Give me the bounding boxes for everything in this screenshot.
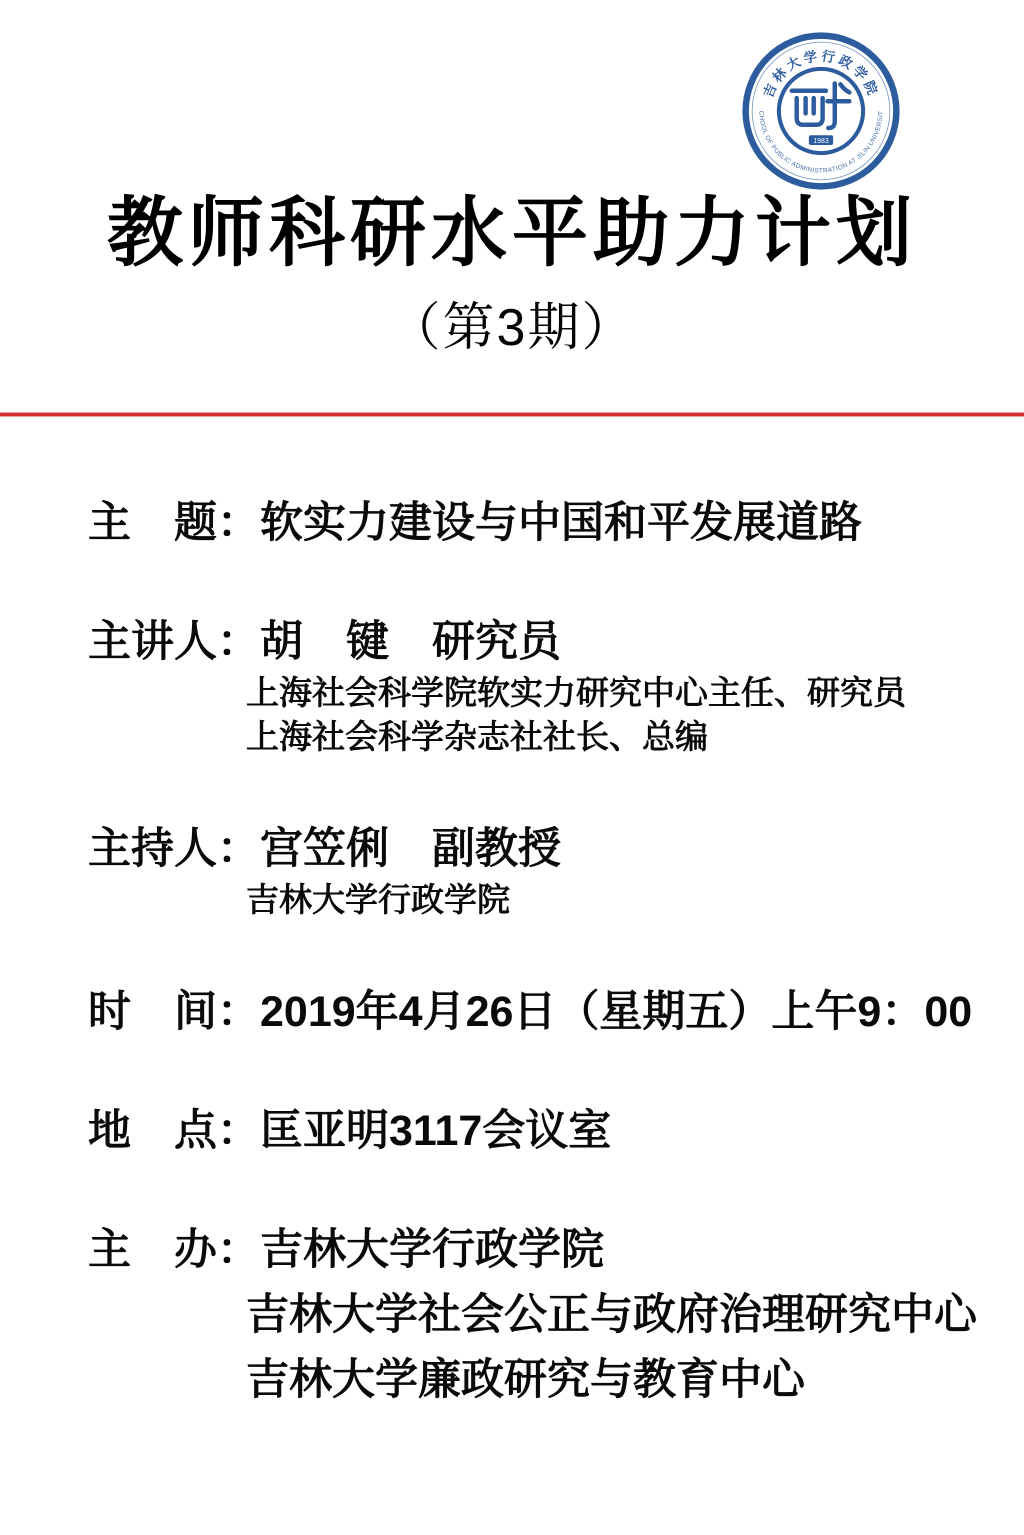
seal-year-text: 1983 bbox=[813, 138, 828, 145]
detail-row: 地 点：匡亚明3117会议室 bbox=[88, 1103, 984, 1160]
detail-label: 主 办： bbox=[88, 1222, 260, 1279]
detail-group: 主 题：软实力建设与中国和平发展道路 bbox=[88, 495, 984, 552]
details-list: 主 题：软实力建设与中国和平发展道路主讲人：胡 键 研究员上海社会科学院软实力研… bbox=[0, 495, 1024, 1409]
detail-group: 主持人：宫笠俐 副教授吉林大学行政学院 bbox=[88, 821, 984, 922]
detail-subline: 吉林大学廉政研究与教育中心 bbox=[88, 1352, 984, 1409]
school-logo: 吉林大学行政学院 SCHOOL OF PUBLIC ADMINISTRATION… bbox=[740, 30, 902, 192]
detail-group: 时 间：2019年4月26日（星期五）上午9：00 bbox=[88, 984, 984, 1041]
detail-value: 胡 键 研究员 bbox=[260, 618, 561, 666]
detail-label: 主讲人： bbox=[88, 614, 260, 671]
detail-group: 地 点：匡亚明3117会议室 bbox=[88, 1103, 984, 1160]
detail-value: 匡亚明3117会议室 bbox=[260, 1107, 611, 1155]
detail-row: 主持人：宫笠俐 副教授 bbox=[88, 821, 984, 878]
detail-subline: 吉林大学行政学院 bbox=[88, 878, 984, 922]
red-divider bbox=[0, 412, 1024, 417]
detail-subline: 上海社会科学院软实力研究中心主任、研究员 bbox=[88, 671, 984, 715]
detail-row: 主 题：软实力建设与中国和平发展道路 bbox=[88, 495, 984, 552]
detail-value: 宫笠俐 副教授 bbox=[260, 825, 561, 873]
detail-label: 主持人： bbox=[88, 821, 260, 878]
detail-group: 主讲人：胡 键 研究员上海社会科学院软实力研究中心主任、研究员上海社会科学杂志社… bbox=[88, 614, 984, 759]
school-seal-icon: 吉林大学行政学院 SCHOOL OF PUBLIC ADMINISTRATION… bbox=[740, 30, 902, 192]
detail-label: 主 题： bbox=[88, 495, 260, 552]
detail-group: 主 办：吉林大学行政学院吉林大学社会公正与政府治理研究中心吉林大学廉政研究与教育… bbox=[88, 1222, 984, 1409]
detail-row: 主讲人：胡 键 研究员 bbox=[88, 614, 984, 671]
detail-value: 软实力建设与中国和平发展道路 bbox=[260, 499, 862, 547]
detail-label: 地 点： bbox=[88, 1103, 260, 1160]
detail-row: 时 间：2019年4月26日（星期五）上午9：00 bbox=[88, 984, 984, 1041]
detail-value: 吉林大学行政学院 bbox=[260, 1226, 604, 1274]
announcement-page: 吉林大学行政学院 SCHOOL OF PUBLIC ADMINISTRATION… bbox=[0, 0, 1024, 1535]
detail-subline: 吉林大学社会公正与政府治理研究中心 bbox=[88, 1287, 984, 1344]
detail-subline: 上海社会科学杂志社社长、总编 bbox=[88, 715, 984, 759]
detail-label: 时 间： bbox=[88, 984, 260, 1041]
detail-value: 2019年4月26日（星期五）上午9：00 bbox=[260, 988, 972, 1036]
page-subtitle: （第3期） bbox=[0, 293, 1024, 363]
detail-row: 主 办：吉林大学行政学院 bbox=[88, 1222, 984, 1279]
